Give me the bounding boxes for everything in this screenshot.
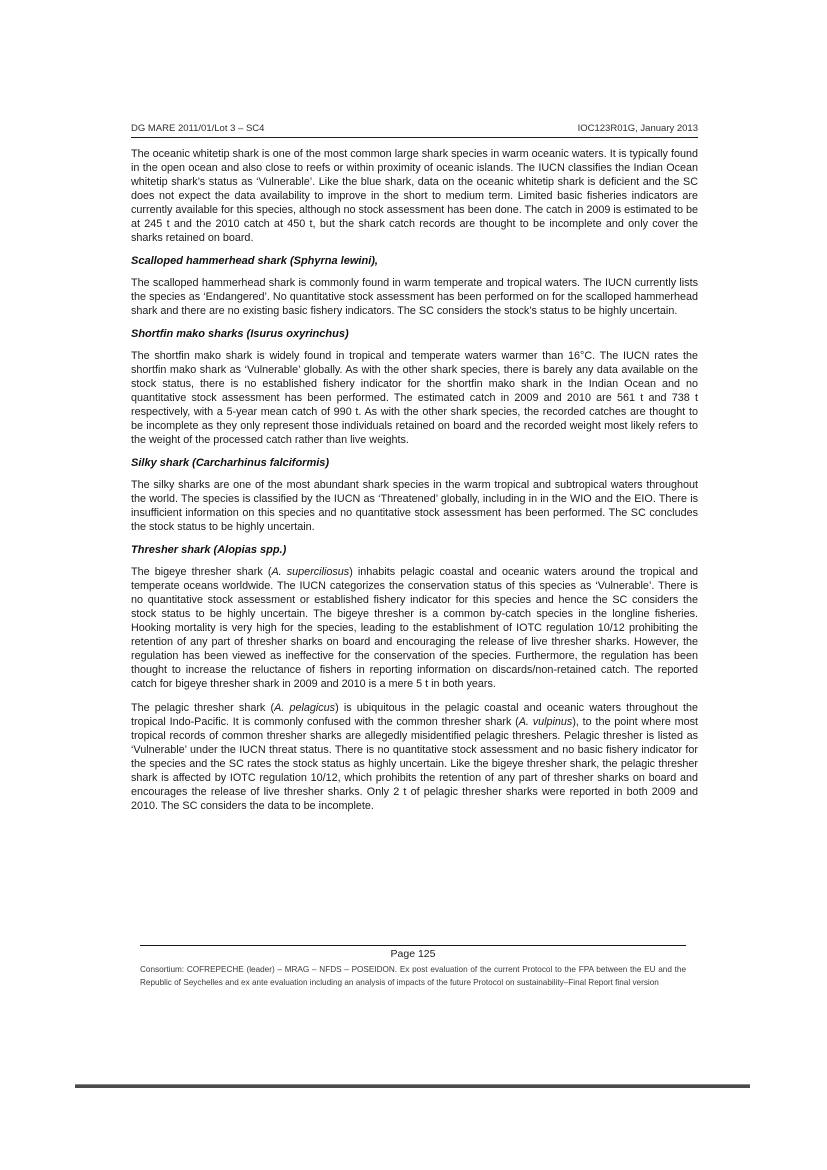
body-paragraph: The scalloped hammerhead shark is common…	[131, 276, 698, 318]
section-heading: Scalloped hammerhead shark (Sphyrna lewi…	[131, 255, 698, 267]
header-right-text: IOC123R01G, January 2013	[578, 123, 698, 134]
document-body: The oceanic whitetip shark is one of the…	[131, 147, 698, 823]
consortium-note: Consortium: COFREPECHE (leader) – MRAG –…	[140, 963, 686, 990]
body-paragraph: The bigeye thresher shark (A. supercilio…	[131, 565, 698, 691]
body-paragraph: The shortfin mako shark is widely found …	[131, 349, 698, 447]
page-number: Page 125	[140, 948, 686, 960]
page-header: DG MARE 2011/01/Lot 3 – SC4 IOC123R01G, …	[131, 123, 698, 138]
body-paragraph: The pelagic thresher shark (A. pelagicus…	[131, 701, 698, 813]
header-left-text: DG MARE 2011/01/Lot 3 – SC4	[131, 123, 264, 134]
body-paragraph: The silky sharks are one of the most abu…	[131, 478, 698, 534]
page-footer: Page 125 Consortium: COFREPECHE (leader)…	[140, 945, 686, 990]
body-paragraph: The oceanic whitetip shark is one of the…	[131, 147, 698, 245]
page-bottom-bar	[75, 1084, 750, 1088]
section-heading: Thresher shark (Alopias spp.)	[131, 544, 698, 556]
section-heading: Silky shark (Carcharhinus falciformis)	[131, 457, 698, 469]
section-heading: Shortfin mako sharks (Isurus oxyrinchus)	[131, 328, 698, 340]
